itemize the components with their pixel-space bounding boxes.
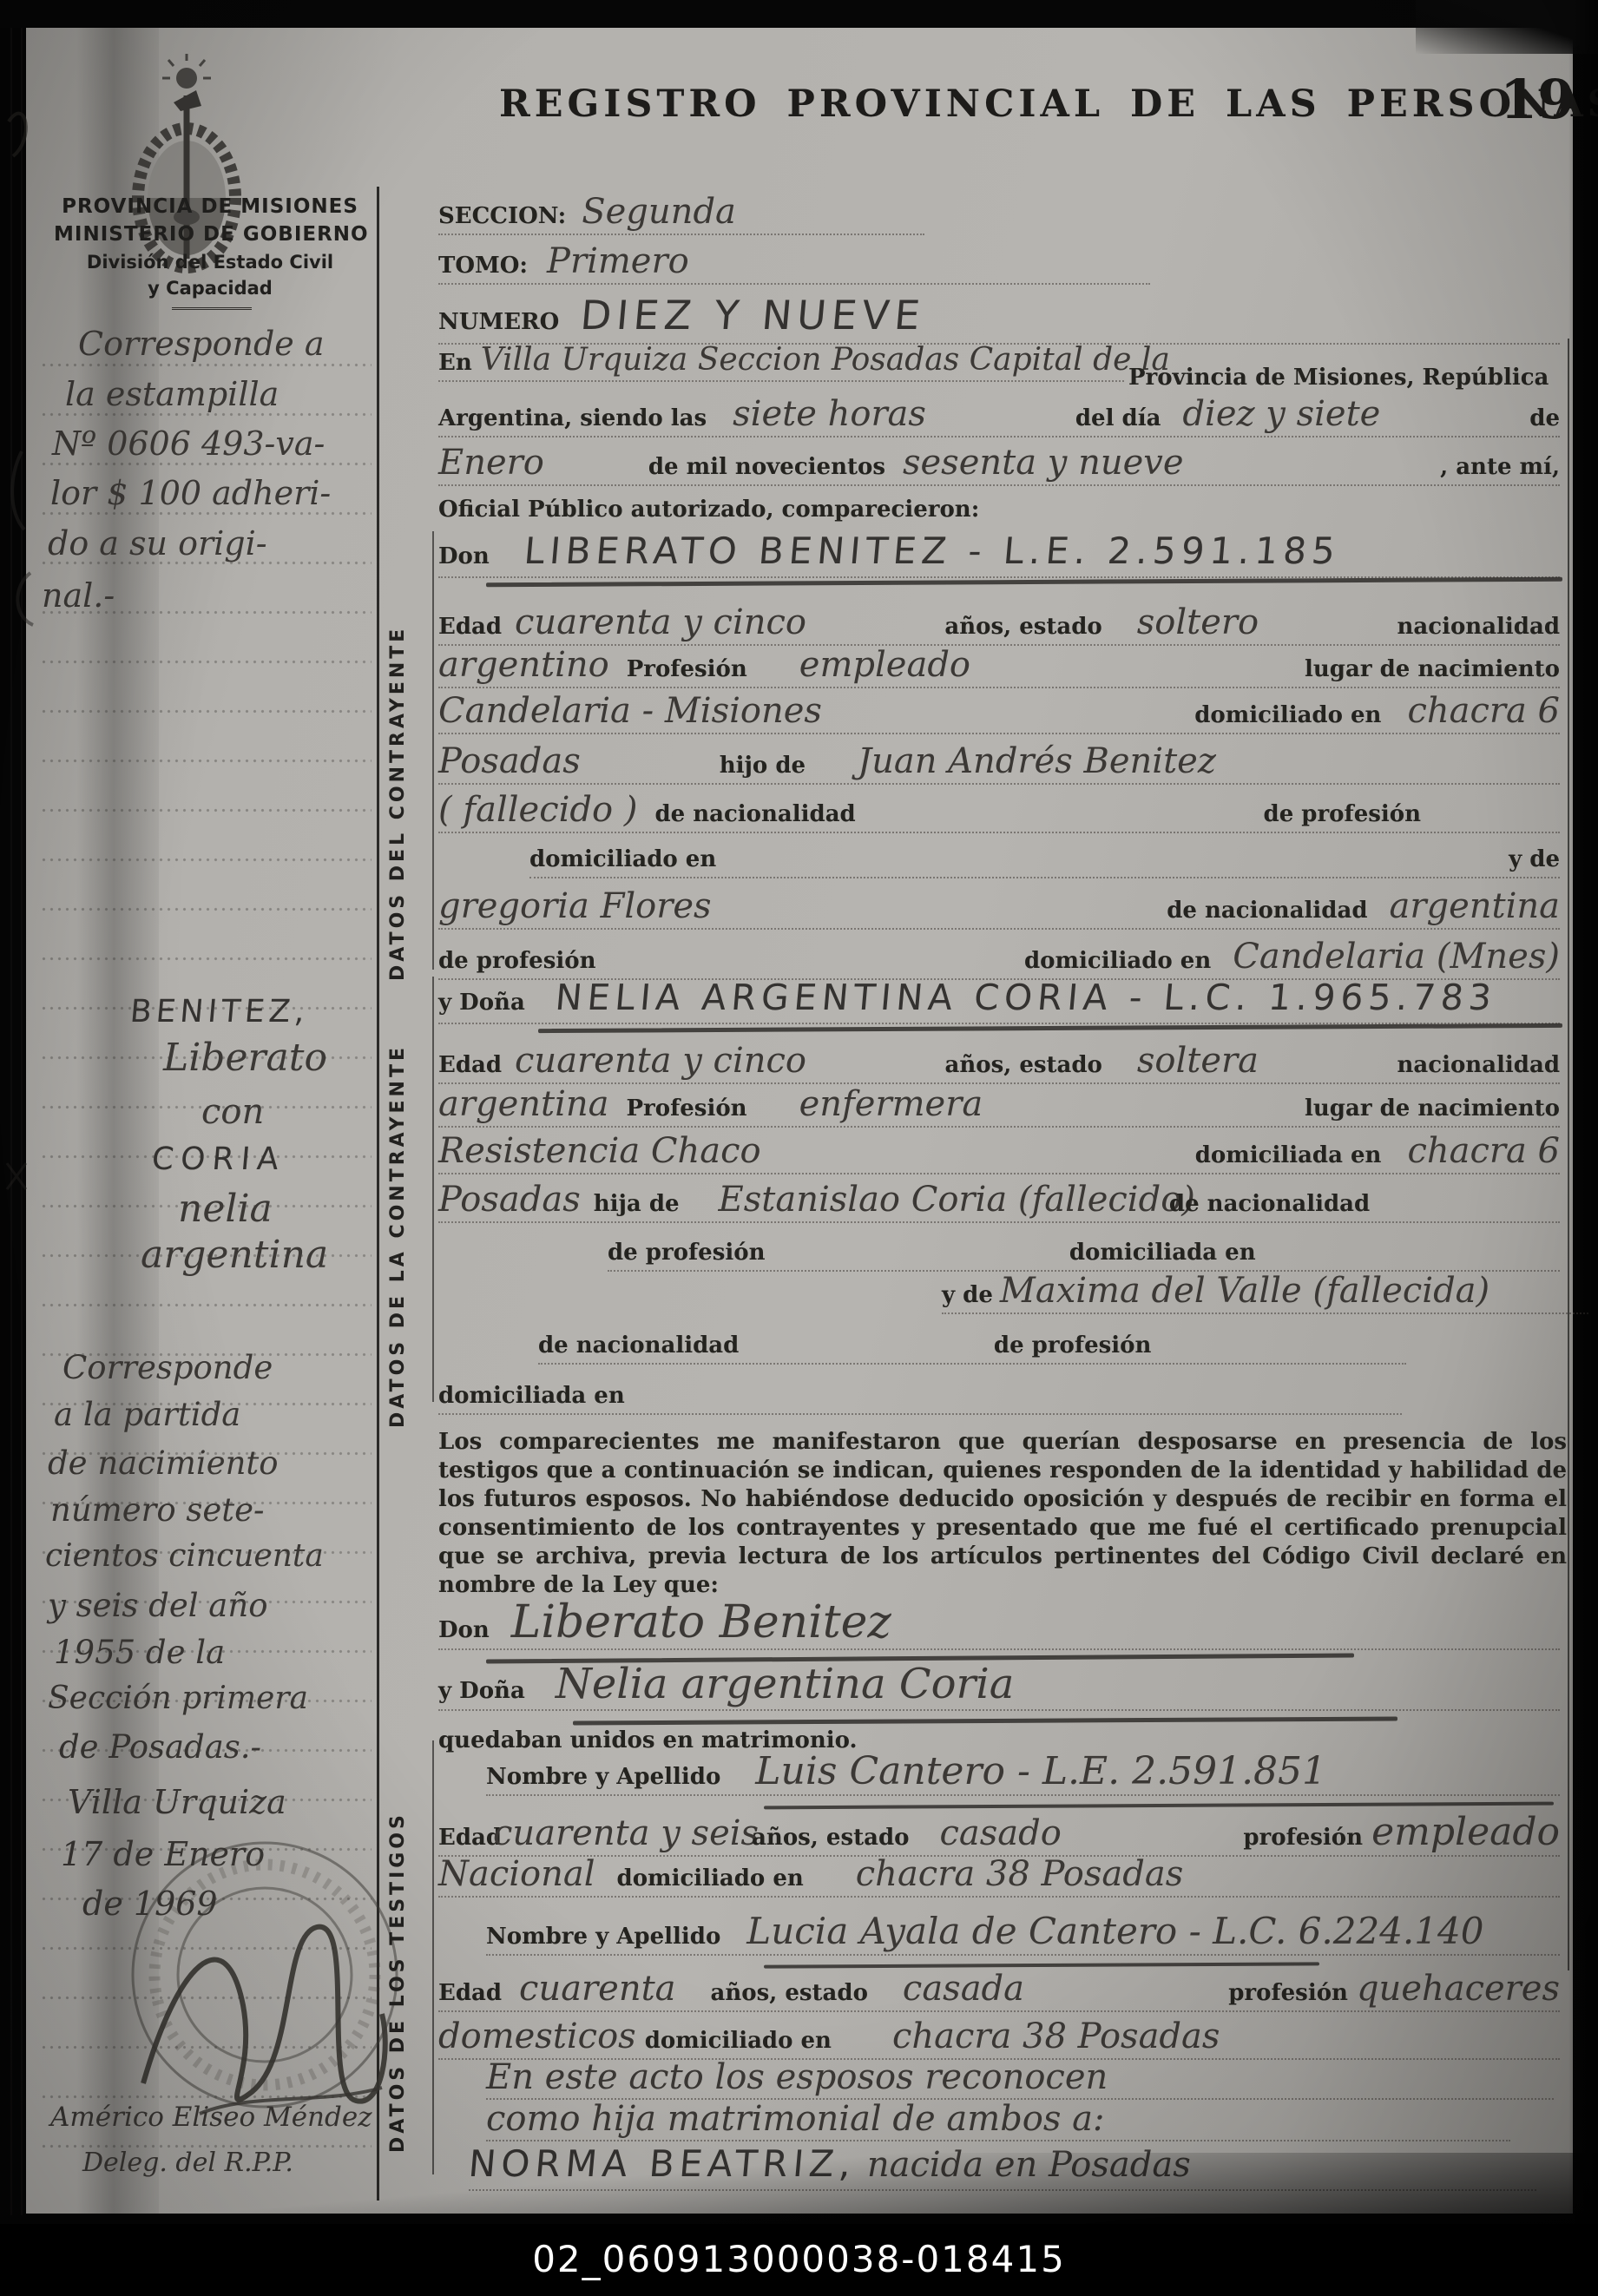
bride-name-row: y Doña NELIA ARGENTINA CORIA - L.C. 1.96… [438, 977, 1560, 1024]
groom-age-row: Edad cuarenta y cinco años, estado solte… [438, 606, 1560, 646]
dona-label: y Doña [438, 990, 525, 1016]
birth-note-line: y seis del año [48, 1590, 267, 1621]
groom-domicilio2: Posadas [438, 745, 581, 778]
birth-note-line: Corresponde [62, 1352, 273, 1383]
argentina-label: Argentina, siendo las [438, 405, 707, 431]
numero-value: DIEZ Y NUEVE [579, 292, 927, 339]
witness1-domicilio: chacra 38 Posadas [856, 1858, 1183, 1891]
bride-mother-nat-label: de nacionalidad [538, 1332, 739, 1359]
groom-nacimiento: Candelaria - Misiones [438, 694, 822, 727]
scanned-marriage-record: REGISTRO PROVINCIAL DE LAS PERSONAS 19 P… [0, 0, 1598, 2296]
witness1-dom-row: Nacional domiciliado en chacra 38 Posada… [438, 1858, 1560, 1898]
index-givenname-bride-2: argentina [141, 1237, 328, 1273]
groom-domicilio: chacra 6 [1407, 694, 1560, 727]
tomo-row: TOMO: Primero [438, 245, 1150, 285]
groom-mother-dom-row: de profesión domiciliado en Candelaria (… [438, 940, 1560, 980]
de-profesion-label: de profesión [1264, 801, 1421, 827]
closing-text-1: En este acto los esposos reconocen [486, 2061, 1108, 2094]
groom-age: cuarenta y cinco [515, 606, 806, 639]
bride-section-label: DATOS DE LA CONTRAYENTE [387, 1011, 409, 1428]
witness2-domicilio: chacra 38 Posadas [892, 2020, 1220, 2053]
hour-value: siete horas [733, 398, 926, 431]
bride-father-dom-label: domiciliada en [1069, 1240, 1256, 1266]
groom-estado: soltero [1137, 606, 1259, 639]
witness2-profesion: quehaceres [1357, 1972, 1560, 2005]
closing-line-1: En este acto los esposos reconocen [486, 2061, 1554, 2100]
witness-section-label: DATOS DE LOS TESTIGOS [387, 1771, 409, 2153]
witness2-age: cuarenta [519, 1972, 676, 2005]
oficial-label: Oficial Público autorizado, compareciero… [438, 497, 979, 523]
ministry-line-3: División del Estado Civil [54, 252, 366, 273]
birth-note-line: de nacimiento [48, 1448, 279, 1478]
numero-label: NUMERO [438, 309, 559, 335]
bride-mother-nat-row: de nacionalidad de profesión [538, 1332, 1406, 1365]
birth-note-line: Sección primera [48, 1684, 308, 1714]
index-surname-bride: CORIA [150, 1141, 286, 1177]
groom-father-nat-row: ( fallecido ) de nacionalidad de profesi… [438, 793, 1560, 833]
bride-domicilio: chacra 6 [1407, 1135, 1560, 1168]
nacionalidad-label: nacionalidad [1397, 614, 1561, 640]
witness-name-label: Nombre y Apellido [486, 1764, 720, 1790]
vow-bride-name: Nelia argentina Coria [556, 1665, 1015, 1705]
vow-bride-row: y Doña Nelia argentina Coria [438, 1665, 1560, 1711]
groom-birthplace-row: Candelaria - Misiones domiciliado en cha… [438, 694, 1560, 734]
index-surname-groom: BENITEZ, [128, 994, 310, 1030]
seccion-label: SECCION: [438, 203, 566, 229]
bride-mother: Maxima del Valle (fallecida) [1000, 1274, 1489, 1307]
page-number: 19 [1500, 68, 1575, 131]
w2-profesion-label: profesión [1228, 1980, 1348, 2006]
bride-mother-dom-label: domiciliada en [438, 1383, 625, 1409]
photo-top-edge [0, 0, 1598, 28]
witness2-name: Lucia Ayala de Cantero - L.C. 6.224.140 [746, 1914, 1483, 1949]
ministry-line-4: y Capacidad [54, 278, 366, 299]
bride-father: Estanislao Coria (fallecido) [719, 1183, 1195, 1216]
archive-reference-caption: 02_060913000038-018415 [0, 2238, 1598, 2280]
mother-nat-label: de nacionalidad [1167, 898, 1367, 924]
page-title: REGISTRO PROVINCIAL DE LAS PERSONAS [499, 82, 1598, 126]
bride-estado-label: años, estado [944, 1052, 1102, 1078]
date-row: Enero de mil novecientos sesenta y nueve… [438, 446, 1560, 486]
witness1-name-row: Nombre y Apellido Luis Cantero - L.E. 2.… [486, 1753, 1560, 1796]
closing-text-2: como hija matrimonial de ambos a: [486, 2102, 1104, 2135]
year-value: sesenta y nueve [903, 446, 1184, 479]
bride-domicilio2: Posadas [438, 1183, 581, 1216]
mother-prof-label: de profesión [438, 948, 595, 974]
month-value: Enero [438, 446, 544, 479]
w1-dom-label: domiciliado en [617, 1865, 804, 1891]
birth-note-line: a la partida [54, 1399, 240, 1430]
stamp-note-line: lor $ 100 adheri- [50, 477, 331, 509]
groom-father-note: ( fallecido ) [438, 793, 637, 826]
stamp-note-line: do a su origi- [48, 528, 267, 559]
ministry-divider [172, 307, 252, 310]
w1-estado-label: años, estado [752, 1825, 909, 1851]
bride-estado: soltera [1137, 1044, 1259, 1077]
nacimiento-label: lugar de nacimiento [1305, 656, 1560, 682]
y-de-label: y de [1509, 846, 1560, 872]
place-value: Villa Urquiza Seccion Posadas Capital de… [481, 345, 1170, 375]
margin-scribbles [0, 87, 43, 1302]
witness2-name-row: Nombre y Apellido Lucia Ayala de Cantero… [486, 1914, 1560, 1956]
photo-right-edge [1568, 0, 1598, 2296]
edad-label: Edad [438, 614, 502, 640]
tomo-label: TOMO: [438, 253, 528, 279]
bride-age-row: Edad cuarenta y cinco años, estado solte… [438, 1044, 1560, 1084]
bride-father-prof-row: de profesión domiciliada en [608, 1240, 1560, 1272]
domiciliado-en-label: domiciliado en [529, 846, 716, 872]
bride-nacimiento: Resistencia Chaco [438, 1135, 761, 1168]
bride-father-nat-label: de nacionalidad [1169, 1191, 1370, 1217]
birth-note-line: de Posadas.- [59, 1732, 261, 1762]
birth-note-line: cientos cincuenta [45, 1542, 324, 1571]
groom-profesion: empleado [799, 648, 970, 681]
domiciliado-label: domiciliado en [1194, 702, 1381, 728]
groom-mother: gregoria Flores [438, 890, 712, 923]
en-label: En [438, 350, 472, 376]
groom-nacionalidad: argentino [438, 648, 609, 681]
w2-estado-label: años, estado [711, 1980, 868, 2006]
bride-father-prof-label: de profesión [608, 1240, 765, 1266]
hijo-de-label: hijo de [720, 753, 806, 779]
closing-line-2: como hija matrimonial de ambos a: [486, 2102, 1510, 2141]
w2-edad-label: Edad [438, 1980, 502, 2006]
witness1-name: Luis Cantero - L.E. 2.591.851 [755, 1753, 1326, 1790]
bride-mother-dom-row: domiciliada en [438, 1383, 1402, 1415]
mother-dom-label: domiciliado en [1024, 948, 1211, 974]
witness2-dom-row: domesticos domiciliado en chacra 38 Posa… [438, 2020, 1560, 2060]
vow-dona-label: y Doña [438, 1678, 525, 1704]
provincia-label: Provincia de Misiones, República [1128, 365, 1549, 391]
declaration-paragraph: Los comparecientes me manifestaron que q… [438, 1428, 1567, 1600]
bride-profession-row: argentina Profesión enfermera lugar de n… [438, 1088, 1560, 1128]
witness1-profesion: empleado [1371, 1814, 1560, 1851]
bride-nacionalidad: argentina [438, 1088, 608, 1121]
day-value: diez y siete [1182, 398, 1380, 431]
bride-mother-row: y de Maxima del Valle (fallecida) [942, 1274, 1588, 1314]
groom-father-row: Posadas hijo de Juan Andrés Benitez [438, 745, 1560, 785]
seccion-value: Segunda [582, 195, 736, 228]
bride-profesion-label: Profesión [626, 1095, 746, 1122]
witness1-estado: casado [939, 1817, 1061, 1850]
profesion-label: Profesión [627, 656, 747, 682]
official-name: Américo Eliseo Méndez [50, 2105, 372, 2130]
bride-profesion: enfermera [799, 1088, 983, 1121]
witness2-name-label: Nombre y Apellido [486, 1924, 720, 1950]
ministry-line-2: MINISTERIO DE GOBIERNO [54, 223, 366, 246]
groom-father: Juan Andrés Benitez [858, 745, 1216, 778]
bride-age: cuarenta y cinco [515, 1044, 806, 1077]
groom-section-label: DATOS DEL CONTRAYENTE [387, 564, 409, 981]
stamp-note-line: Nº 0606 493-va- [52, 428, 325, 459]
stamp-note-line: Corresponde a [78, 328, 325, 359]
groom-mother-row: gregoria Flores de nacionalidad argentin… [438, 890, 1560, 930]
w2-dom-label: domiciliado en [645, 2028, 832, 2054]
ministry-line-1: PROVINCIA DE MISIONES [54, 195, 366, 218]
index-con: con [201, 1095, 264, 1128]
de-nacionalidad-label: de nacionalidad [654, 801, 855, 827]
witness1-age: cuarenta y seis [493, 1817, 759, 1850]
groom-name-row: Don LIBERATO BENITEZ - L.E. 2.591.185 [438, 530, 1560, 578]
vow-groom-row: Don Liberato Benitez [438, 1602, 1560, 1650]
year-label: de mil novecientos [648, 454, 885, 480]
stamp-note-line: nal.- [42, 580, 115, 611]
groom-profession-row: argentino Profesión empleado lugar de na… [438, 648, 1560, 688]
round-registry-stamp-icon [95, 1806, 425, 2153]
witness2-age-row: Edad cuarenta años, estado casada profes… [438, 1972, 1560, 2012]
groom-name: LIBERATO BENITEZ - L.E. 2.591.185 [523, 530, 1342, 572]
day-label: del día [1075, 405, 1161, 431]
index-givenname-groom: Liberato [163, 1040, 327, 1076]
bride-birthplace-row: Resistencia Chaco domiciliada en chacra … [438, 1135, 1560, 1174]
w1-profesion-label: profesión [1243, 1825, 1363, 1851]
witness2-profesion2: domesticos [438, 2020, 636, 2053]
bride-edad-label: Edad [438, 1052, 502, 1078]
bride-mother-prof-label: de profesión [994, 1332, 1151, 1359]
numero-row: NUMERO DIEZ Y NUEVE [438, 292, 1560, 345]
vow-don-label: Don [438, 1617, 490, 1643]
bride-nacimiento-label: lugar de nacimiento [1305, 1095, 1560, 1122]
bride-y-de-label: y de [942, 1282, 993, 1308]
groom-mother-nacionalidad: argentina [1390, 890, 1560, 923]
time-row: Argentina, siendo las siete horas del dí… [438, 398, 1560, 437]
don-label: Don [438, 543, 490, 569]
seccion-row: SECCION: Segunda [438, 195, 924, 235]
witness1-age-row: Edad cuarenta y seis años, estado casado… [438, 1814, 1560, 1857]
index-givenname-bride-1: nelia [178, 1191, 273, 1227]
tomo-value: Primero [547, 245, 689, 278]
bride-father-row: Posadas hija de Estanislao Coria (fallec… [438, 1183, 1560, 1223]
hija-de-label: hija de [594, 1191, 680, 1217]
bride-section-bracket [432, 977, 434, 1402]
witness2-estado: casada [903, 1972, 1024, 2005]
stamp-note-line: la estampilla [65, 378, 279, 410]
estado-label: años, estado [944, 614, 1102, 640]
witness-section-bracket [432, 1740, 434, 2174]
vow-groom-name: Liberato Benitez [511, 1602, 891, 1644]
bride-name: NELIA ARGENTINA CORIA - L.C. 1.965.783 [554, 977, 1498, 1018]
de-label: de [1529, 405, 1560, 431]
birth-note-line: número sete- [50, 1495, 265, 1525]
groom-father-dom-row: domiciliado en y de [529, 846, 1560, 878]
ante-mi-label: , ante mí, [1440, 454, 1560, 480]
birth-note-line: 1955 de la [54, 1637, 225, 1668]
witness1-profesion2: Nacional [438, 1858, 595, 1891]
groom-mother-domicilio: Candelaria (Mnes) [1233, 940, 1560, 973]
place-row: En Villa Urquiza Seccion Posadas Capital… [438, 345, 1124, 382]
bride-domiciliada-label: domiciliada en [1195, 1142, 1382, 1168]
bride-nacionalidad-label: nacionalidad [1397, 1052, 1560, 1078]
groom-section-bracket [432, 531, 434, 970]
